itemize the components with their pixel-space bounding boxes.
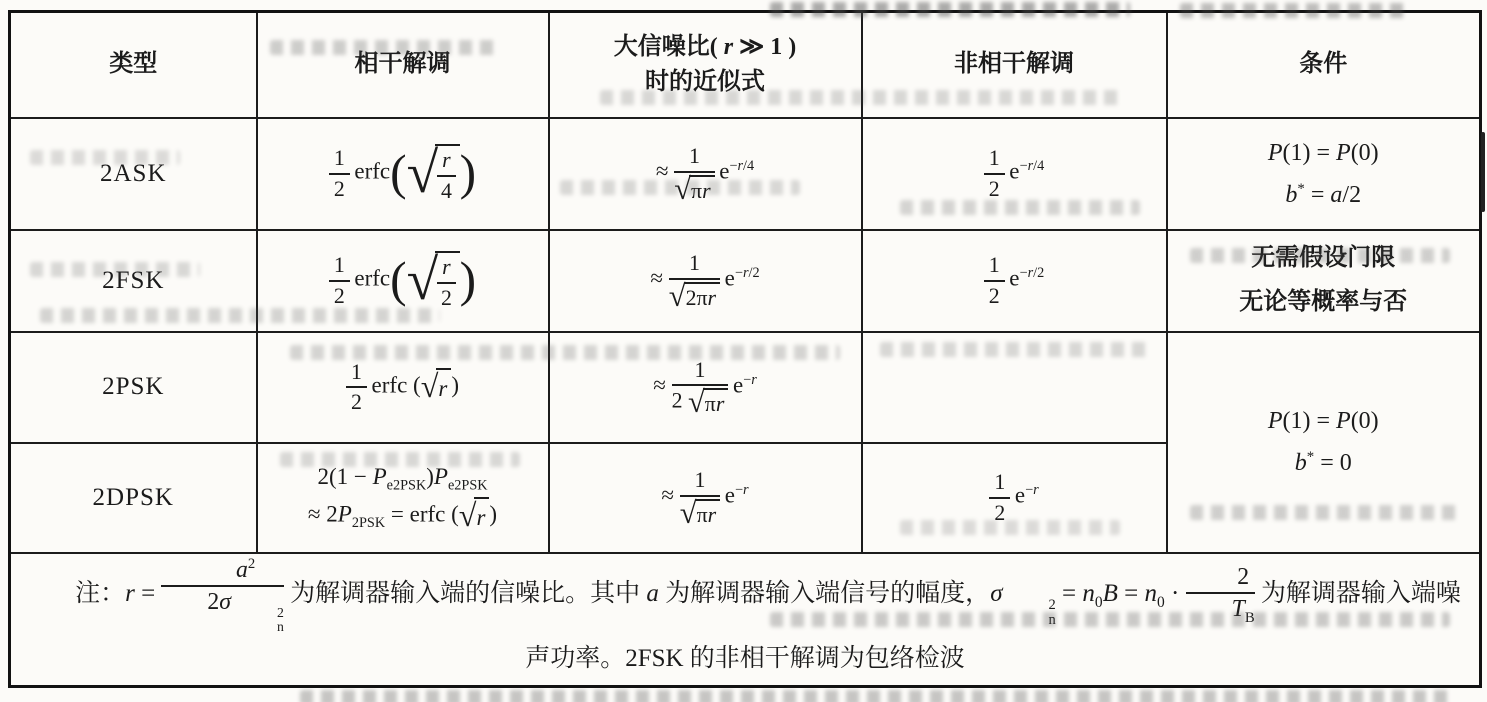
header-cell-condition: 条件: [1167, 12, 1481, 118]
print-bleed-artifact: [300, 690, 1450, 702]
cell-2fsk-noncoherent: 12 e−r/2: [862, 230, 1167, 332]
cell-2psk-noncoherent-empty: [862, 332, 1167, 443]
cell-2ask-noncoherent: 12 e−r/4: [862, 118, 1167, 230]
table-header-row: 类型 相干解调 大信噪比( r ≫ 1 )时的近似式 非相干解调 条件: [10, 12, 1481, 118]
table-row-2fsk: 2FSK 12 erfc(√r2) ≈ 1√2πr e−r/2 12 e−r/2…: [10, 230, 1481, 332]
scanned-textbook-page: 类型 相干解调 大信噪比( r ≫ 1 )时的近似式 非相干解调 条件 2ASK…: [0, 0, 1487, 702]
cell-2fsk-coherent: 12 erfc(√r2): [257, 230, 549, 332]
cell-2psk-type: 2PSK: [10, 332, 257, 443]
cell-2dpsk-coherent: 2(1 − Pe2PSK)Pe2PSK≈ 2P2PSK = erfc (√r): [257, 443, 549, 553]
cell-2ask-condition: P(1) = P(0)b* = a/2: [1167, 118, 1481, 230]
cell-2psk-2dpsk-condition-merged: P(1) = P(0)b* = 0: [1167, 332, 1481, 553]
cell-2psk-approx: ≈ 12 √πr e−r: [549, 332, 862, 443]
header-cell-approx: 大信噪比( r ≫ 1 )时的近似式: [549, 12, 862, 118]
table-note-row: 注：r = a22σ2n 为解调器输入端的信噪比。其中 a 为解调器输入端信号的…: [10, 553, 1481, 687]
error-probability-table: 类型 相干解调 大信噪比( r ≫ 1 )时的近似式 非相干解调 条件 2ASK…: [8, 10, 1482, 688]
table-row-2psk: 2PSK 12 erfc (√r) ≈ 12 √πr e−r P(1) = P(…: [10, 332, 1481, 443]
cell-2fsk-type: 2FSK: [10, 230, 257, 332]
header-cell-type: 类型: [10, 12, 257, 118]
note-cell: 注：r = a22σ2n 为解调器输入端的信噪比。其中 a 为解调器输入端信号的…: [10, 553, 1481, 687]
cell-2dpsk-noncoherent: 12 e−r: [862, 443, 1167, 553]
cell-2fsk-condition: 无需假设门限无论等概率与否: [1167, 230, 1481, 332]
table-note-text: 注：r = a22σ2n 为解调器输入端的信噪比。其中 a 为解调器输入端信号的…: [19, 556, 1471, 684]
cell-2ask-approx: ≈ 1√πr e−r/4: [549, 118, 862, 230]
table-row-2ask: 2ASK 12 erfc(√r4) ≈ 1√πr e−r/4 12 e−r/4 …: [10, 118, 1481, 230]
cell-2ask-coherent: 12 erfc(√r4): [257, 118, 549, 230]
cell-2fsk-approx: ≈ 1√2πr e−r/2: [549, 230, 862, 332]
header-cell-noncoherent: 非相干解调: [862, 12, 1167, 118]
cell-2psk-coherent: 12 erfc (√r): [257, 332, 549, 443]
header-cell-coherent: 相干解调: [257, 12, 549, 118]
cell-2dpsk-type: 2DPSK: [10, 443, 257, 553]
cell-2ask-type: 2ASK: [10, 118, 257, 230]
cell-2dpsk-approx: ≈ 1√πr e−r: [549, 443, 862, 553]
